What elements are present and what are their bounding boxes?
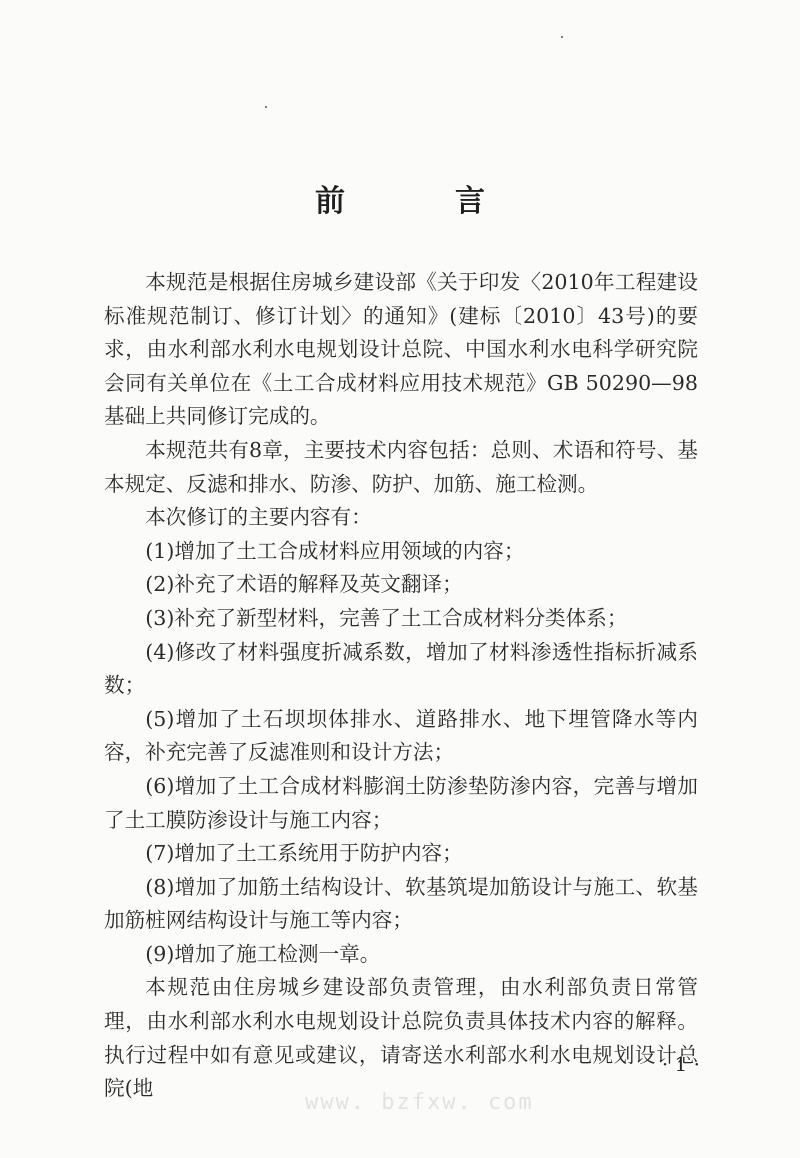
document-body: 本规范是根据住房城乡建设部《关于印发〈2010年工程建设标准规范制订、修订计划〉… [104, 266, 698, 1106]
revision-item-4: (4)修改了材料强度折减系数，增加了材料渗透性指标折减系数； [104, 636, 698, 703]
revision-item-6: (6)增加了土工合成材料膨润土防渗垫防渗内容，完善与增加了土工膜防渗设计与施工内… [104, 770, 698, 837]
revision-item-9: (9)增加了施工检测一章。 [104, 938, 698, 972]
paragraph-chapters: 本规范共有8章，主要技术内容包括：总则、术语和符号、基本规定、反滤和排水、防渗、… [104, 434, 698, 501]
revision-item-1: (1)增加了土工合成材料应用领域的内容； [104, 535, 698, 569]
paragraph-revision-heading: 本次修订的主要内容有： [104, 501, 698, 535]
revision-item-5: (5)增加了土石坝坝体排水、道路排水、地下埋管降水等内容，补充完善了反滤准则和设… [104, 703, 698, 770]
page-number: · 1 · [640, 1052, 700, 1076]
revision-item-2: (2)补充了术语的解释及英文翻译； [104, 568, 698, 602]
scan-speck [561, 36, 563, 38]
paragraph-management: 本规范由住房城乡建设部负责管理，由水利部负责日常管理，由水利部水利水电规划设计总… [104, 971, 698, 1105]
paragraph-intro: 本规范是根据住房城乡建设部《关于印发〈2010年工程建设标准规范制订、修订计划〉… [104, 266, 698, 434]
scan-speck [265, 106, 267, 108]
watermark: www. bzfxw. com [305, 1090, 534, 1115]
revision-item-3: (3)补充了新型材料，完善了土工合成材料分类体系； [104, 602, 698, 636]
revision-item-8: (8)增加了加筋土结构设计、软基筑堤加筋设计与施工、软基加筋桩网结构设计与施工等… [104, 871, 698, 938]
page-title: 前 言 [0, 176, 800, 220]
revision-item-7: (7)增加了土工系统用于防护内容； [104, 837, 698, 871]
